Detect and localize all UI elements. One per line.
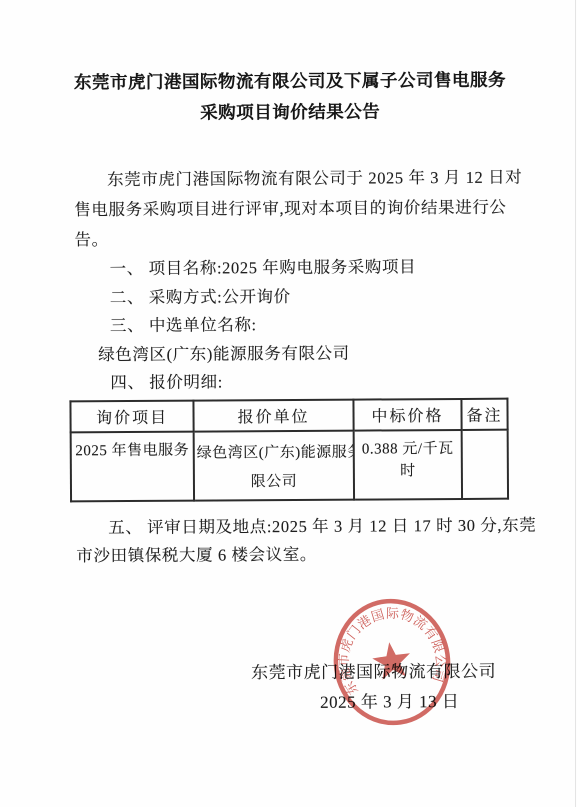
doc-title: 东莞市虎门港国际物流有限公司及下属子公司售电服务 采购项目询价结果公告 (73, 65, 506, 130)
document-content: 东莞市虎门港国际物流有限公司及下属子公司售电服务 采购项目询价结果公告 东莞市虎… (0, 0, 577, 719)
supplier-line: 绿色湾区(广东)能源服务有 (197, 438, 351, 468)
table-header-supplier: 报价单位 (193, 399, 353, 431)
intro-paragraph: 东莞市虎门港国际物流有限公司于 2025 年 3 月 12 日对 售电服务采购项… (74, 163, 508, 256)
paragraph-line: 告。 (74, 223, 507, 256)
table-cell-price: 0.388 元/千瓦时 (354, 429, 462, 499)
list-item-project-name: 一、 项目名称:2025 年购电服务采购项目 (75, 253, 508, 284)
table-header-remark: 备注 (461, 398, 507, 429)
doc-title-line-1: 东莞市虎门港国际物流有限公司及下属子公司售电服务 (73, 65, 506, 99)
awarded-company-line: 绿色湾区(广东)能源服务有限公司 (75, 338, 508, 369)
numbered-list: 一、 项目名称:2025 年购电服务采购项目 二、 采购方式:公开询价 三、 中… (75, 253, 509, 398)
paragraph-line: 售电服务采购项目进行评审,现对本项目的询价结果进行公 (74, 193, 507, 226)
table-cell-project: 2025 年售电服务 (71, 431, 194, 501)
doc-title-line-2: 采购项目询价结果公告 (74, 96, 507, 130)
review-date-line: 五、 评审日期及地点:2025 年 3 月 12 日 17 时 30 分,东莞 (76, 511, 509, 542)
document-page: 东莞市虎门港国际物流有限公司及下属子公司售电服务 采购项目询价结果公告 东莞市虎… (0, 0, 577, 807)
table-header-row: 询价项目 报价单位 中标价格 备注 (70, 398, 507, 432)
table-header-price: 中标价格 (353, 398, 461, 430)
review-date-paragraph: 五、 评审日期及地点:2025 年 3 月 12 日 17 时 30 分,东莞 … (76, 511, 509, 570)
quote-table: 询价项目 报价单位 中标价格 备注 2025 年售电服务 绿色湾区(广东)能源服… (69, 397, 509, 502)
table-cell-supplier: 绿色湾区(广东)能源服务有 限公司 (194, 430, 354, 500)
table-cell-remark (462, 429, 508, 498)
review-date-line: 市沙田镇保税大厦 6 楼会议室。 (76, 539, 509, 570)
table-header-project: 询价项目 (70, 400, 193, 432)
footer-company: 东莞市虎门港国际物流有限公司 (77, 656, 510, 689)
paragraph-line: 东莞市虎门港国际物流有限公司于 2025 年 3 月 12 日对 (74, 163, 507, 196)
list-item-quote-details: 四、 报价明细: (75, 367, 508, 398)
list-item-winner-heading: 三、 中选单位名称: (75, 310, 508, 341)
list-item-procurement-method: 二、 采购方式:公开询价 (75, 281, 508, 312)
table-row: 2025 年售电服务 绿色湾区(广东)能源服务有 限公司 0.388 元/千瓦时 (71, 429, 508, 501)
footer-date: 2025 年 3 月 13 日 (77, 686, 510, 719)
signature-block: 东莞市虎门港国际物流有限公司 2025 年 3 月 13 日 (77, 656, 510, 719)
supplier-line: 限公司 (197, 468, 351, 498)
